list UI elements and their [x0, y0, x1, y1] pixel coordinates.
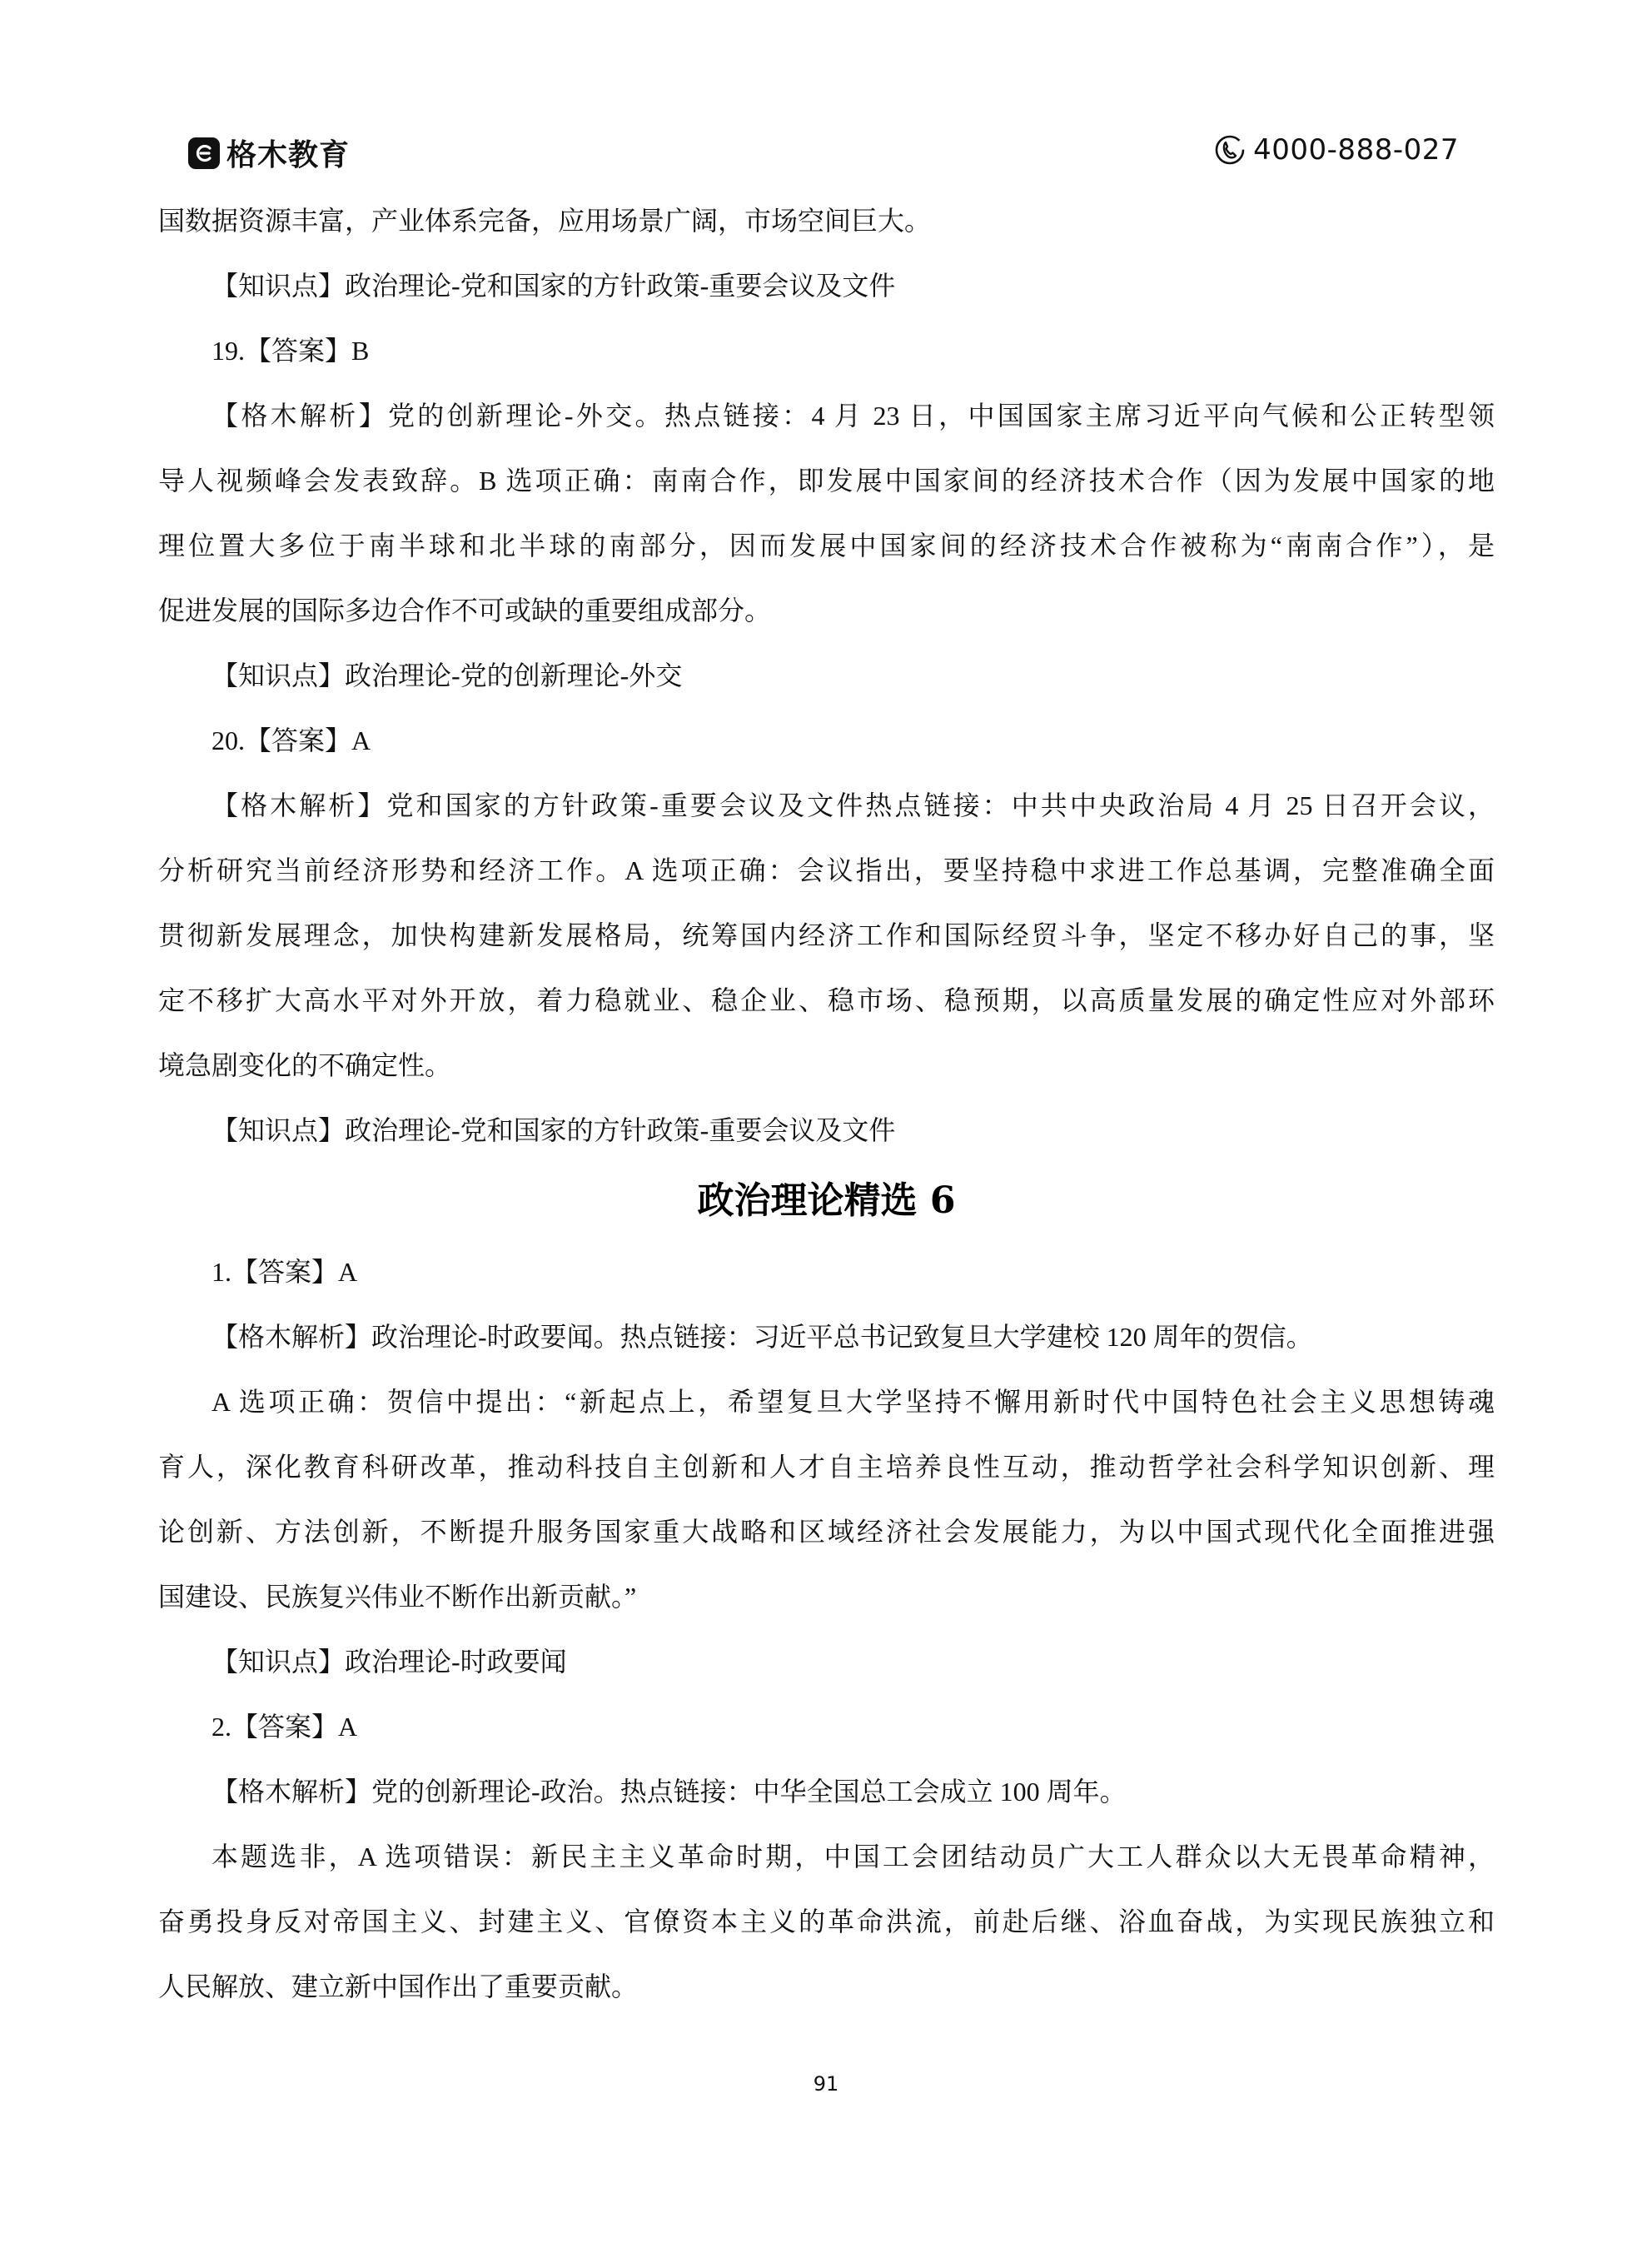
knowledge-point: 【知识点】政治理论-党的创新理论-外交	[158, 643, 1495, 708]
brand-logo: 格木教育	[188, 132, 350, 174]
analysis-line: 理位置大多位于南半球和北半球的南部分，因而发展中国家间的经济技术合作被称为“南南…	[158, 513, 1495, 578]
phone-icon	[1213, 133, 1246, 167]
paragraph-line: 育人，深化教育科研改革，推动科技自主创新和人才自主培养良性互动，推动哲学社会科学…	[158, 1434, 1495, 1499]
paragraph-line: 国数据资源丰富，产业体系完备，应用场景广阔，市场空间巨大。	[158, 188, 1495, 253]
answer-line: 2.【答案】A	[158, 1694, 1495, 1759]
analysis-line: 分析研究当前经济形势和经济工作。A 选项正确：会议指出，要坚持稳中求进工作总基调…	[158, 838, 1495, 903]
analysis-line: 【格木解析】党和国家的方针政策-重要会议及文件热点链接：中共中央政治局 4 月 …	[158, 773, 1495, 838]
analysis-line: 促进发展的国际多边合作不可或缺的重要组成部分。	[158, 578, 1495, 643]
analysis-line: 【格木解析】党的创新理论-政治。热点链接：中华全国总工会成立 100 周年。	[158, 1759, 1495, 1824]
hotline: 4000-888-027	[1213, 133, 1459, 167]
answer-line: 19.【答案】B	[158, 318, 1495, 383]
analysis-line: 境急剧变化的不确定性。	[158, 1033, 1495, 1098]
page-header: 格木教育 4000-888-027	[188, 125, 1459, 175]
knowledge-point: 【知识点】政治理论-党和国家的方针政策-重要会议及文件	[158, 1098, 1495, 1163]
answer-line: 20.【答案】A	[158, 708, 1495, 773]
paragraph-line: 国建设、民族复兴伟业不断作出新贡献。”	[158, 1564, 1495, 1629]
paragraph-line: 奋勇投身反对帝国主义、封建主义、官僚资本主义的革命洪流，前赴后继、浴血奋战，为实…	[158, 1889, 1495, 1954]
analysis-line: 【格木解析】政治理论-时政要闻。热点链接：习近平总书记致复旦大学建校 120 周…	[158, 1304, 1495, 1369]
page-number: 91	[0, 2072, 1652, 2096]
analysis-line: 贯彻新发展理念，加快构建新发展格局，统筹国内经济工作和国际经贸斗争，坚定不移办好…	[158, 903, 1495, 968]
knowledge-point: 【知识点】政治理论-时政要闻	[158, 1629, 1495, 1694]
hotline-number: 4000-888-027	[1253, 133, 1459, 167]
document-body: 国数据资源丰富，产业体系完备，应用场景广阔，市场空间巨大。 【知识点】政治理论-…	[158, 188, 1495, 2019]
paragraph-line: 人民解放、建立新中国作出了重要贡献。	[158, 1954, 1495, 2019]
paragraph-line: 本题选非，A 选项错误：新民主主义革命时期，中国工会团结动员广大工人群众以大无畏…	[158, 1824, 1495, 1889]
section-title: 政治理论精选 6	[158, 1163, 1495, 1239]
analysis-line: 定不移扩大高水平对外开放，着力稳就业、稳企业、稳市场、稳预期，以高质量发展的确定…	[158, 968, 1495, 1033]
paragraph-line: 论创新、方法创新，不断提升服务国家重大战略和区域经济社会发展能力，为以中国式现代…	[158, 1499, 1495, 1564]
analysis-line: 导人视频峰会发表致辞。B 选项正确：南南合作，即发展中国家间的经济技术合作（因为…	[158, 448, 1495, 513]
paragraph-line: A 选项正确：贺信中提出：“新起点上，希望复旦大学坚持不懈用新时代中国特色社会主…	[158, 1369, 1495, 1434]
brand-name: 格木教育	[226, 132, 350, 174]
logo-e-icon	[188, 137, 220, 169]
analysis-line: 【格木解析】党的创新理论-外交。热点链接：4 月 23 日，中国国家主席习近平向…	[158, 383, 1495, 448]
answer-line: 1.【答案】A	[158, 1239, 1495, 1304]
knowledge-point: 【知识点】政治理论-党和国家的方针政策-重要会议及文件	[158, 253, 1495, 318]
